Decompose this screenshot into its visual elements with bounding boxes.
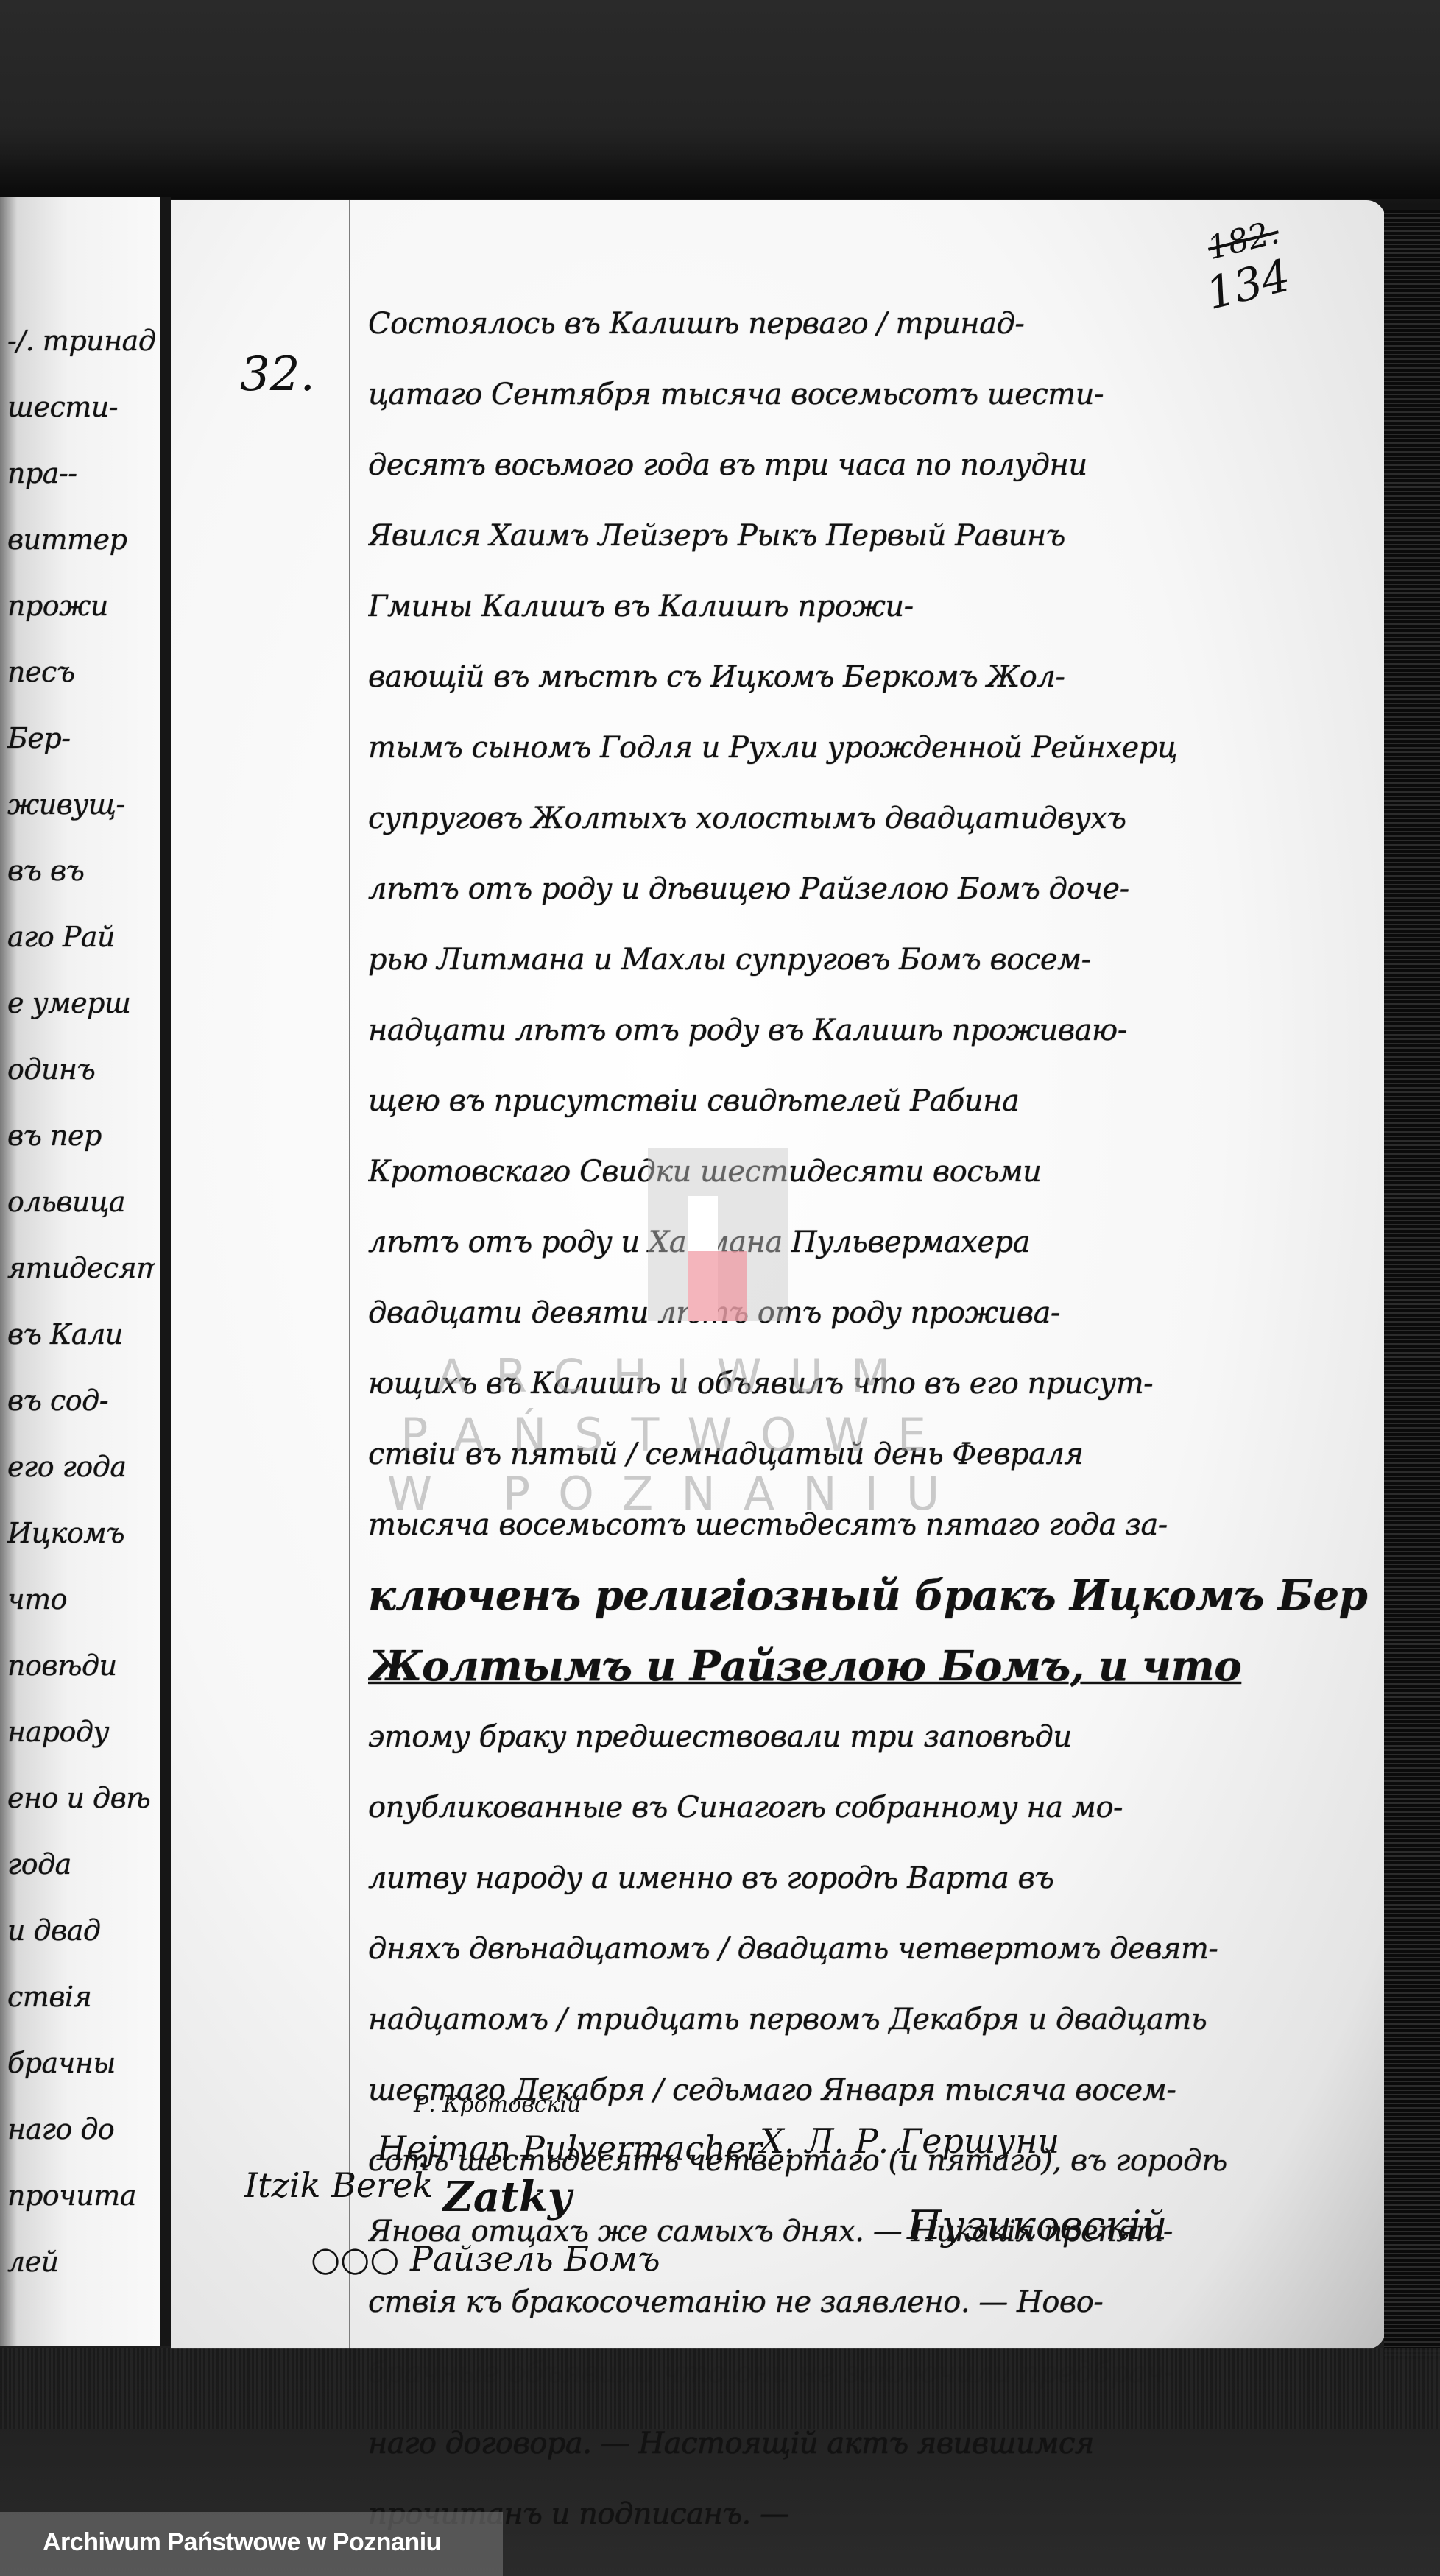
book-binding xyxy=(1384,210,1440,2359)
text-line: щею въ присутствіи свидѣтелей Рабина xyxy=(368,1066,1369,1136)
left-line: Ицкомъ xyxy=(7,1500,155,1566)
left-line: ено и двѣ xyxy=(7,1765,155,1831)
left-page: -/. тринад шести- пра-- виттер прожи пес… xyxy=(0,197,171,2346)
left-line: пра-- xyxy=(7,440,155,506)
left-line: ятидесяти xyxy=(7,1235,155,1301)
left-line: аго Рай xyxy=(7,904,155,970)
top-shadow xyxy=(0,125,1440,199)
signature-witness-2: Hejman Pulvermacher xyxy=(377,2129,762,2168)
text-line: надцатомъ / тридцать первомъ Декабря и д… xyxy=(368,1984,1369,2055)
left-line: прожи xyxy=(7,573,155,639)
text-line: опубликованные въ Синагогѣ собранному на… xyxy=(368,1772,1369,1843)
left-line: виттер xyxy=(7,506,155,573)
left-line: его года xyxy=(7,1434,155,1500)
text-line: двадцати девяти лѣтъ отъ роду прожива- xyxy=(368,1278,1369,1348)
left-line: Бер- xyxy=(7,705,155,771)
left-line: въ сод- xyxy=(7,1367,155,1434)
left-line: въ пер xyxy=(7,1103,155,1169)
book-edge xyxy=(0,2348,1440,2429)
text-line: рью Литмана и Махлы супруговъ Бомъ восем… xyxy=(368,924,1369,995)
text-line: вающій въ мѣстѣ съ Ицкомъ Беркомъ Жол- xyxy=(368,642,1369,712)
text-line: Явился Хаимъ Лейзеръ Рыкъ Первый Равинъ xyxy=(368,500,1369,571)
archive-footer-label: Archiwum Państwowe w Poznaniu xyxy=(43,2528,441,2557)
signatures: Р. Кротовскій Hejman Pulvermacher Itzik … xyxy=(200,2092,1378,2327)
archive-footer-badge: Archiwum Państwowe w Poznaniu xyxy=(0,2512,503,2576)
text-line: лѣтъ отъ роду и дѣвицею Райзелою Бомъ до… xyxy=(368,854,1369,924)
left-line: года xyxy=(7,1831,155,1897)
record-number: 32. xyxy=(240,347,315,402)
archive-logo-watermark xyxy=(648,1148,788,1321)
text-line: прочитанъ и подписанъ. — xyxy=(368,2479,1369,2550)
signature-rabbi: Х. Л. Р. Гершуни xyxy=(760,2121,1059,2161)
left-page-text: -/. тринад шести- пра-- виттер прожи пес… xyxy=(7,308,155,2295)
text-line: лѣтъ отъ роду и Хаимана Пульвермахера xyxy=(368,1207,1369,1278)
text-line: дняхъ двѣнадцатомъ / двадцать четвертомъ… xyxy=(368,1914,1369,1984)
signature-official: Пузиковскій xyxy=(907,2202,1167,2248)
left-line: ствія xyxy=(7,1964,155,2030)
left-line: прочита xyxy=(7,2162,155,2229)
left-line: ольвица xyxy=(7,1169,155,1235)
text-line: этому браку предшествовали три заповѣди xyxy=(368,1702,1369,1772)
left-line: въ Кали xyxy=(7,1301,155,1367)
left-line: одинъ xyxy=(7,1036,155,1103)
left-line: брачны xyxy=(7,2030,155,2096)
text-line: литву народу а именно въ городѣ Варта въ xyxy=(368,1843,1369,1914)
text-line: Гмины Калишъ въ Калишѣ прожи- xyxy=(368,571,1369,642)
text-line: цатаго Сентября тысяча восемьсотъ шести- xyxy=(368,359,1369,430)
watermark-line-2: W POZNANIU xyxy=(309,1465,1045,1524)
left-line: наго до xyxy=(7,2096,155,2162)
text-line-names: ключенъ религіозный бракъ Ицкомъ Беркомъ xyxy=(368,1560,1369,1631)
left-line: что xyxy=(7,1566,155,1632)
left-line: въ въ xyxy=(7,838,155,904)
text-line-names: Жолтымъ и Райзелою Бомъ, и что xyxy=(368,1631,1369,1702)
archive-watermark: ARCHIWUM PAŃSTWOWE W POZNANIU xyxy=(309,1347,1045,1524)
text-line: десятъ восьмого года въ три часа по полу… xyxy=(368,430,1369,500)
left-line: народу xyxy=(7,1699,155,1765)
left-line: е умерш xyxy=(7,970,155,1036)
text-line: тымъ сыномъ Годля и Рухли урожденной Рей… xyxy=(368,712,1369,783)
document-viewer: -/. тринад шести- пра-- виттер прожи пес… xyxy=(0,0,1440,2576)
signature-bride: ○○○ Райзель Бомъ xyxy=(311,2239,660,2279)
left-line: живущ- xyxy=(7,771,155,838)
left-line: и двад xyxy=(7,1897,155,1964)
watermark-line-1: ARCHIWUM PAŃSTWOWE xyxy=(309,1347,1045,1465)
book-gutter xyxy=(160,197,171,2346)
text-line: Состоялось въ Калишѣ перваго / тринад- xyxy=(368,289,1369,359)
left-line: шести- xyxy=(7,374,155,440)
left-line: повѣди xyxy=(7,1632,155,1699)
left-line: лей xyxy=(7,2229,155,2295)
left-line: песъ xyxy=(7,639,155,705)
text-line: надцати лѣтъ отъ роду въ Калишѣ проживаю… xyxy=(368,995,1369,1066)
text-line: супруговъ Жолтыхъ холостымъ двадцатидвух… xyxy=(368,783,1369,854)
signature-witness-1: Р. Кротовскій xyxy=(414,2092,581,2117)
left-line: -/. тринад xyxy=(7,308,155,374)
margin-rule xyxy=(349,200,350,2349)
signature-groom-surname: Zatky xyxy=(443,2173,571,2221)
signature-groom: Itzik Berek xyxy=(244,2165,433,2205)
text-line: Кротовскаго Свидки шестидесяти восьми xyxy=(368,1136,1369,1207)
